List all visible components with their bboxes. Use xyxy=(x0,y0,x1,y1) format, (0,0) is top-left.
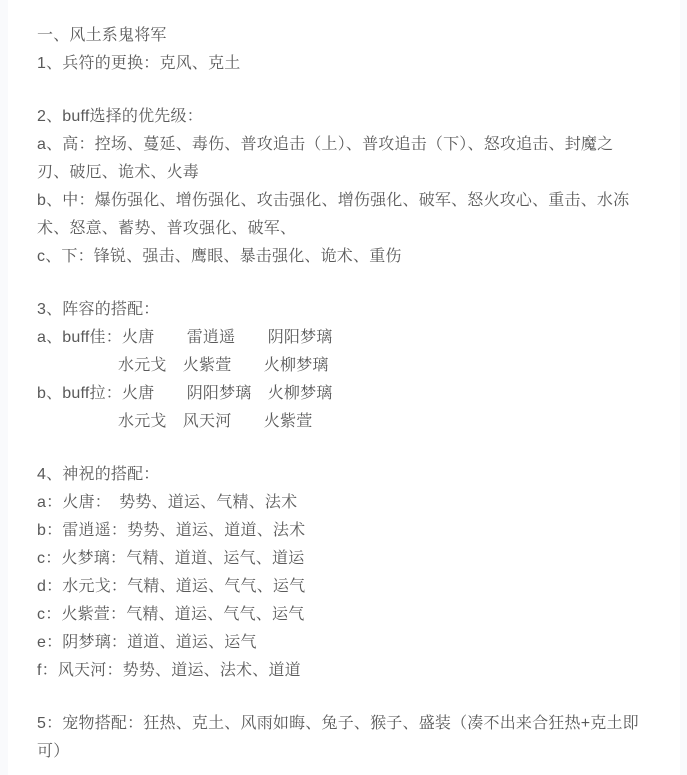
text-line: c：火紫萱：气精、道运、气气、运气 xyxy=(37,601,655,629)
text-line: a、高：控场、蔓延、毒伤、普攻追击（上）、普攻追击（下）、怒攻追击、封魔之 xyxy=(37,131,655,159)
section-heading: 4、神祝的搭配： xyxy=(37,461,655,489)
text-line: a：火唐： 势势、道运、气精、法术 xyxy=(37,489,655,517)
section-intro: 一、风土系鬼将军 1、兵符的更换：克风、克土 xyxy=(37,22,655,78)
document-body: 一、风土系鬼将军 1、兵符的更换：克风、克土 2、buff选择的优先级： a、高… xyxy=(0,0,687,766)
text-line: 水元戈 风天河 火紫萱 xyxy=(37,408,655,436)
text-line: 水元戈 火紫萱 火柳梦璃 xyxy=(37,352,655,380)
text-line: b、buff拉：火唐 阴阳梦璃 火柳梦璃 xyxy=(37,380,655,408)
text-line: c：火梦璃：气精、道道、运气、道运 xyxy=(37,545,655,573)
left-gutter xyxy=(0,0,8,775)
text-line: 5：宠物搭配：狂热、克土、风雨如晦、兔子、猴子、盛装（凑不出来合狂热+克土即 xyxy=(37,710,655,738)
text-line: b、中：爆伤强化、增伤强化、攻击强化、增伤强化、破军、怒火攻心、重击、水冻 xyxy=(37,187,655,215)
document-title: 一、风土系鬼将军 xyxy=(37,22,655,50)
section-shenzhu-match: 4、神祝的搭配： a：火唐： 势势、道运、气精、法术 b：雷逍遥：势势、道运、道… xyxy=(37,461,655,685)
text-line: c、下：锋锐、强击、鹰眼、暴击强化、诡术、重伤 xyxy=(37,243,655,271)
right-gutter xyxy=(680,0,687,775)
text-line: a、buff佳：火唐 雷逍遥 阴阳梦璃 xyxy=(37,324,655,352)
section-pets: 5：宠物搭配：狂热、克土、风雨如晦、兔子、猴子、盛装（凑不出来合狂热+克土即 可… xyxy=(37,710,655,766)
section-heading: 2、buff选择的优先级： xyxy=(37,103,655,131)
text-line: 1、兵符的更换：克风、克土 xyxy=(37,50,655,78)
text-line: f：风天河：势势、道运、法术、道道 xyxy=(37,657,655,685)
text-line: 可） xyxy=(37,738,655,766)
text-line: e：阴梦璃：道道、道运、运气 xyxy=(37,629,655,657)
text-line: 刃、破厄、诡术、火毒 xyxy=(37,159,655,187)
text-line: d：水元戈：气精、道运、气气、运气 xyxy=(37,573,655,601)
text-line: 术、怒意、蓄势、普攻强化、破军、 xyxy=(37,215,655,243)
section-lineup: 3、阵容的搭配： a、buff佳：火唐 雷逍遥 阴阳梦璃 水元戈 火紫萱 火柳梦… xyxy=(37,296,655,436)
section-buff-priority: 2、buff选择的优先级： a、高：控场、蔓延、毒伤、普攻追击（上）、普攻追击（… xyxy=(37,103,655,271)
text-line: b：雷逍遥：势势、道运、道道、法术 xyxy=(37,517,655,545)
section-heading: 3、阵容的搭配： xyxy=(37,296,655,324)
